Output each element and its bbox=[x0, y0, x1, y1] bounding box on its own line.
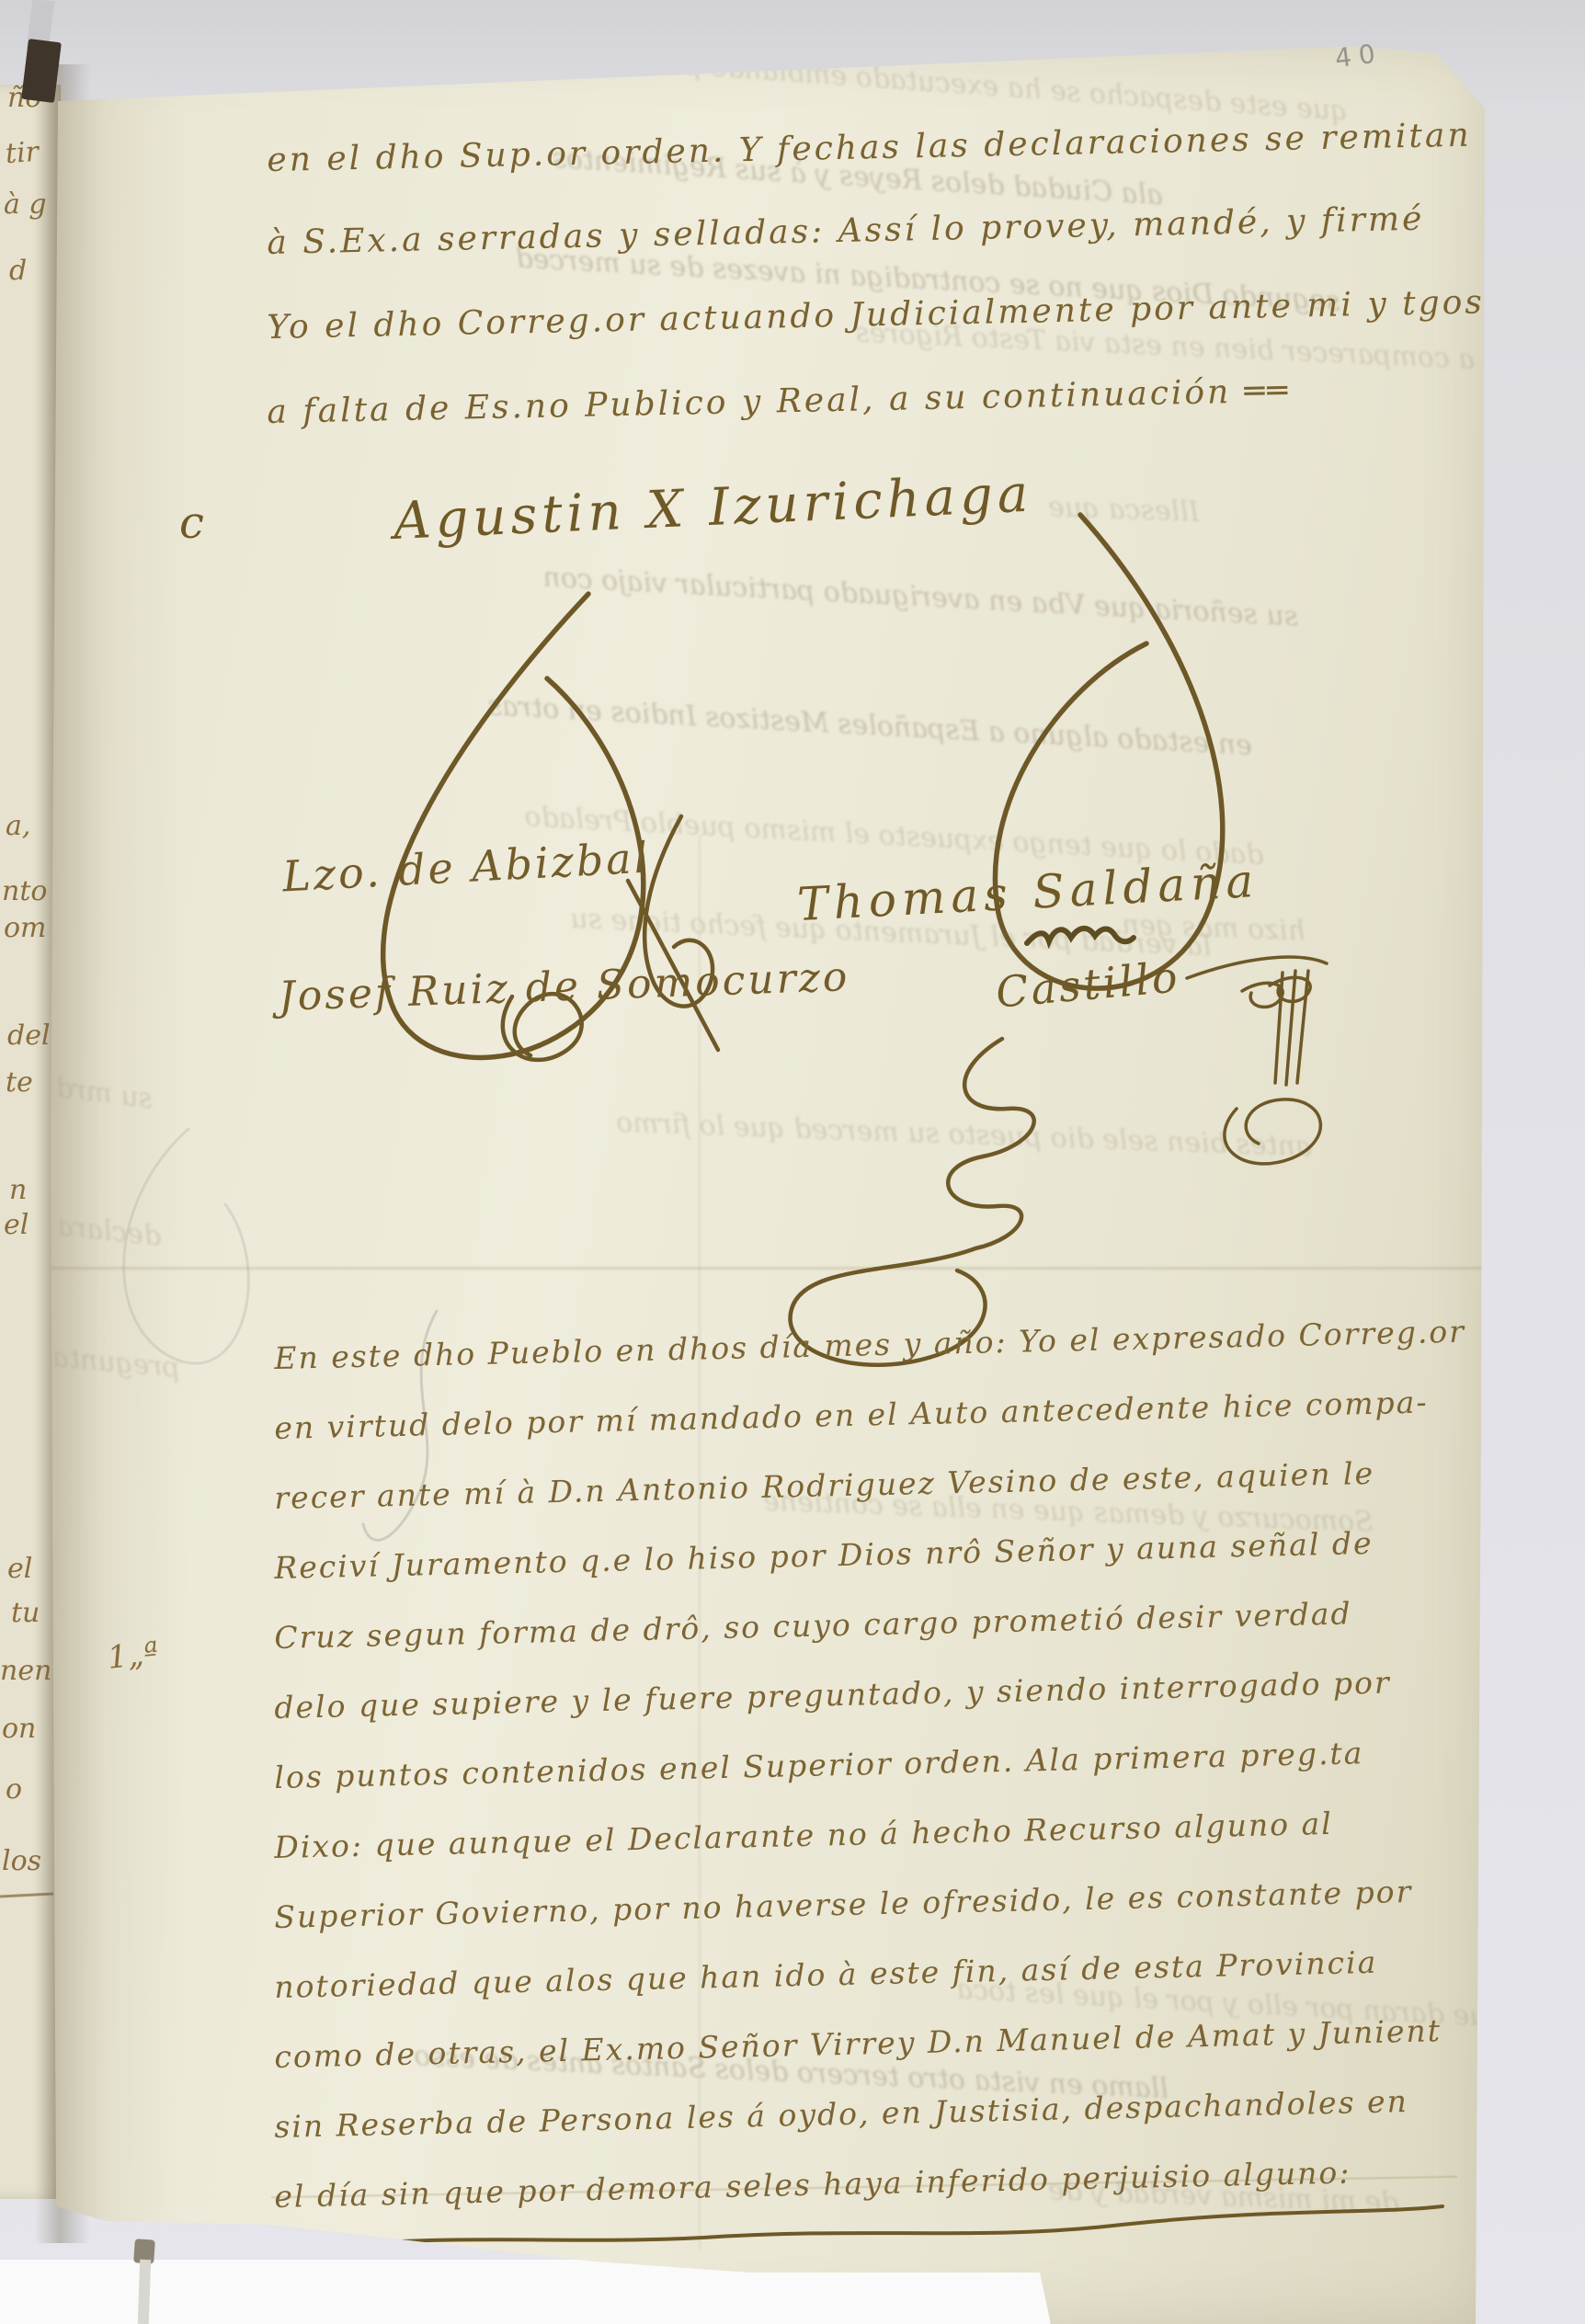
sliver-text-fragment: a, bbox=[6, 813, 30, 840]
sliver-text-fragment: el bbox=[7, 1555, 32, 1583]
sliver-text-fragment: el bbox=[4, 1212, 29, 1239]
manuscript-scan-viewport: { "folio_number": "40", "colors": { "ink… bbox=[0, 0, 1585, 2324]
sliver-text-fragment: o bbox=[6, 1776, 22, 1804]
sliver-text-fragment: te bbox=[6, 1069, 33, 1097]
signature-lead-curl: c bbox=[179, 501, 204, 545]
closing-underline-flourish bbox=[315, 2206, 1442, 2249]
document-page: que este despacho se ha executado embian… bbox=[51, 44, 1487, 2324]
sliver-text-fragment: n bbox=[9, 1177, 27, 1204]
folio-number: 40 bbox=[1333, 38, 1384, 74]
book-cradle-stick bbox=[138, 2260, 151, 2324]
sliver-text-fragment: d bbox=[9, 257, 27, 285]
margin-question-number: 1„ª bbox=[106, 1637, 160, 1674]
castillo-rubric-knot bbox=[1187, 957, 1327, 1164]
signature-rubric-squiggle bbox=[1027, 928, 1134, 943]
sliver-text-fragment: on bbox=[2, 1715, 36, 1743]
saldana-rubric bbox=[791, 1039, 1034, 1365]
pencil-ghost-loop bbox=[124, 1129, 249, 1363]
